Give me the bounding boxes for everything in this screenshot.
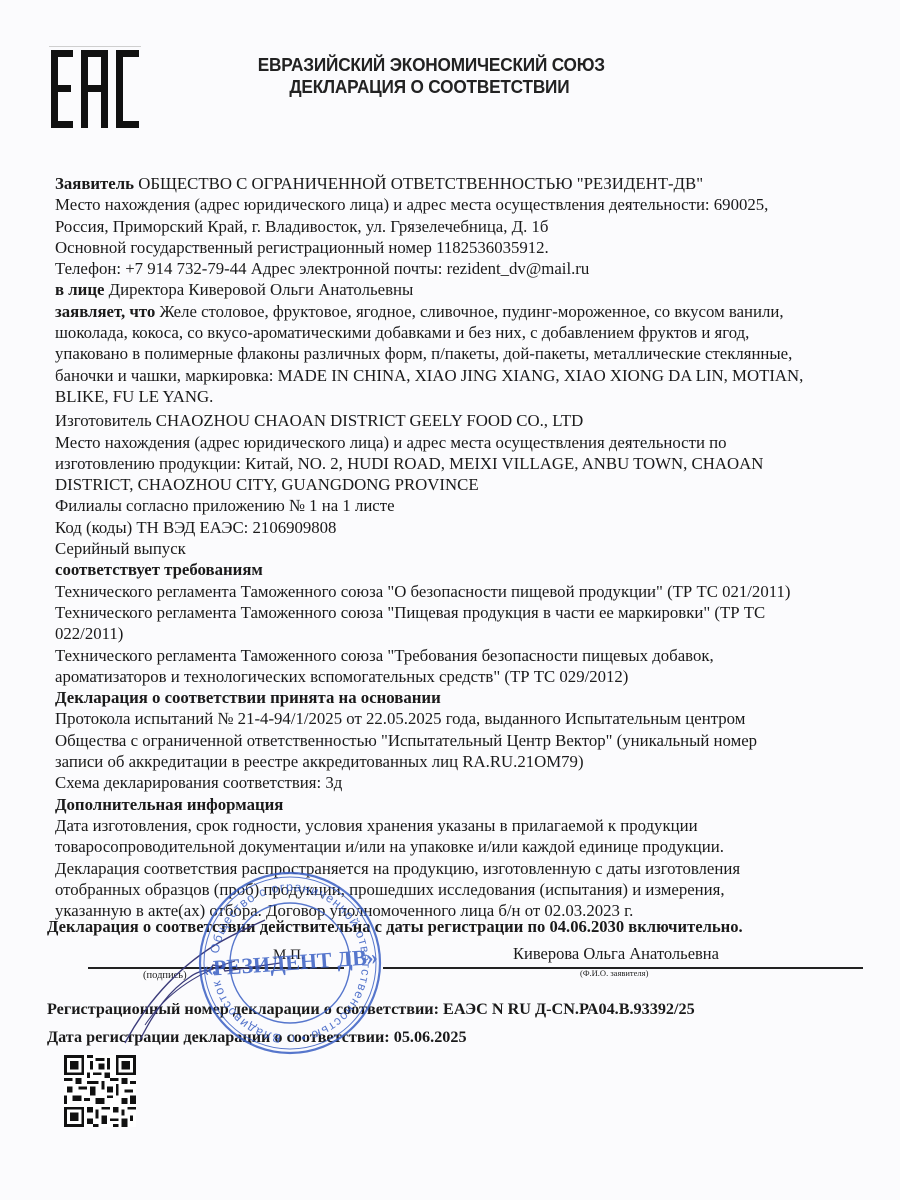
requirement-line-3: 022/2011) (55, 623, 855, 644)
additional-line-3: Декларация соответствия распространяется… (55, 858, 855, 879)
registration-date: Дата регистрации декларации о соответств… (47, 1028, 467, 1047)
additional-line-4: отобранных образцов (проб) продукции, пр… (55, 879, 855, 900)
product-line-1: заявляет, что Желе столовое, фруктовое, … (55, 301, 855, 322)
applicant-address-2: Россия, Приморский Край, г. Владивосток,… (55, 216, 855, 237)
union-title: ЕВРАЗИЙСКИЙ ЭКОНОМИЧЕСКИЙ СОЮЗ (236, 54, 627, 76)
product-line-4: баночки и чашки, маркировка: MADE IN CHI… (55, 365, 855, 386)
scheme-line: Схема декларирования соответствия: 3д (55, 772, 855, 793)
signature-caption: (подпись) (143, 970, 187, 981)
applicant-line: Заявитель ОБЩЕСТВО С ОГРАНИЧЕННОЙ ОТВЕТС… (55, 173, 855, 194)
registration-number: Регистрационный номер декларации о соотв… (47, 1000, 695, 1019)
seal-place-label: М.П. (273, 947, 305, 964)
document-title: ДЕКЛАРАЦИЯ О СООТВЕТСТВИИ (262, 76, 597, 98)
hs-code-line: Код (коды) ТН ВЭД ЕАЭС: 2106909808 (55, 517, 855, 538)
qr-code-icon (63, 1055, 137, 1127)
validity-statement: Декларация о соответствии действительна … (47, 917, 743, 937)
additional-heading: Дополнительная информация (55, 794, 855, 815)
signer-name: Киверова Ольга Анатольевна (513, 944, 719, 964)
basis-line-1: Протокола испытаний № 21-4-94/1/2025 от … (55, 708, 855, 729)
additional-line-2: товаросопроводительной документации и/ил… (55, 836, 855, 857)
signature-line (88, 967, 344, 969)
eac-mark-icon (49, 48, 141, 130)
basis-line-3: записи об аккредитации в реестре аккреди… (55, 751, 855, 772)
requirement-line-1: Технического регламента Таможенного союз… (55, 581, 855, 602)
product-line-2: шоколада, кокоса, со вкусо-ароматическим… (55, 322, 855, 343)
applicant-label: Заявитель (55, 174, 134, 193)
manufacturer-line: Изготовитель CHAOZHOU CHAOAN DISTRICT GE… (55, 410, 855, 431)
eac-logo (49, 48, 141, 130)
additional-line-1: Дата изготовления, срок годности, услови… (55, 815, 855, 836)
represented-by: Директора Киверовой Ольги Анатольевны (104, 280, 413, 299)
represented-line: в лице Директора Киверовой Ольги Анатоль… (55, 279, 855, 300)
basis-line-2: Общества с ограниченной ответственностью… (55, 730, 855, 751)
requirement-line-4: Технического регламента Таможенного союз… (55, 645, 855, 666)
manufacturer-address-1: Место нахождения (адрес юридического лиц… (55, 432, 855, 453)
applicant-name: ОБЩЕСТВО С ОГРАНИЧЕННОЙ ОТВЕТСТВЕННОСТЬЮ… (134, 174, 703, 193)
signer-caption: (Ф.И.О. заявителя) (580, 968, 648, 978)
requirement-line-5: ароматизаторов и технологических вспомог… (55, 666, 855, 687)
manufacturer-address-3: DISTRICT, CHAOZHOU CITY, GUANGDONG PROVI… (55, 474, 855, 495)
declaration-body: Заявитель ОБЩЕСТВО С ОГРАНИЧЕННОЙ ОТВЕТС… (55, 173, 855, 921)
production-type: Серийный выпуск (55, 538, 855, 559)
applicant-ogrn: Основной государственный регистрационный… (55, 237, 855, 258)
product-line-3: упаковано в полимерные флаконы различных… (55, 343, 855, 364)
branches-line: Филиалы согласно приложению № 1 на 1 лис… (55, 495, 855, 516)
basis-heading: Декларация о соответствии принята на осн… (55, 687, 855, 708)
product-line-5: BLIKE, FU LE YANG. (55, 386, 855, 407)
requirements-heading: соответствует требованиям (55, 559, 855, 580)
requirement-line-2: Технического регламента Таможенного союз… (55, 602, 855, 623)
represented-label: в лице (55, 280, 104, 299)
manufacturer-address-2: изготовлению продукции: Китай, NO. 2, HU… (55, 453, 855, 474)
declares-label: заявляет, что (55, 302, 155, 321)
applicant-address-1: Место нахождения (адрес юридического лиц… (55, 194, 855, 215)
applicant-contacts: Телефон: +7 914 732-79-44 Адрес электрон… (55, 258, 855, 279)
